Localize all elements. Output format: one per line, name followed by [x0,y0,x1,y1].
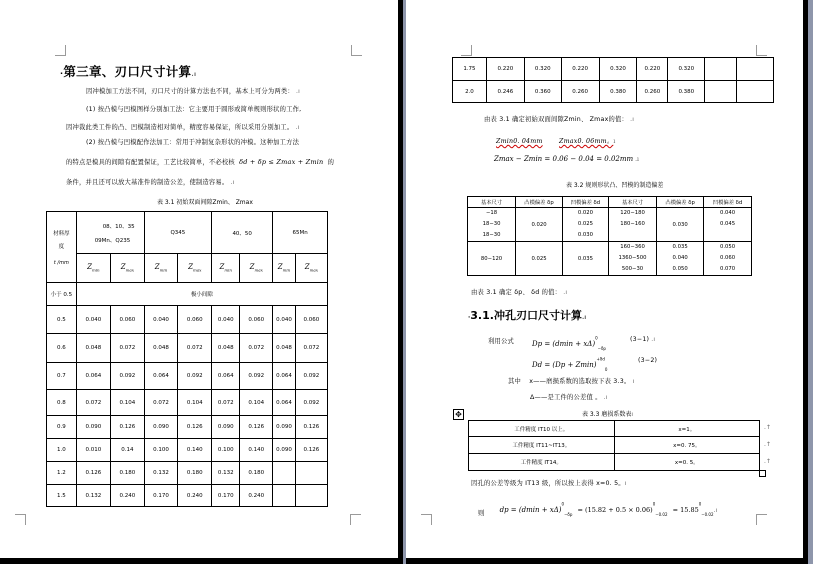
table2-cell: 120−180 180−160 [608,208,656,242]
inline-formula: δd + δp ≤ Zmax + Zmin [239,158,323,166]
table-row: 1.5 0.132 0.240 0.170 0.240 0.170 0.240 [47,485,328,507]
formula-3-1-number: (3−1) .ı [630,336,655,343]
table1-cell: 0.8 [47,390,77,416]
table1-cell: 0.090 [273,416,296,439]
table2-cell: 0.020 [516,208,563,242]
table1-cell: 0.072 [76,390,110,416]
page-shadow [0,558,403,564]
table2-caption: 表 3.2 规则形状凸、凹模的制造偏差 [566,180,663,189]
text-hole-tolerance[interactable]: 因孔的公差等级为 IT13 级，所以按上表得 x=0. 5。ı [471,478,627,487]
table1-cell: 0.220 [561,58,599,81]
table1-subheader: Zmin [144,254,178,283]
table1-cell: 0.320 [599,58,637,81]
table1-cell: 0.180 [240,462,273,485]
formula-3-1[interactable]: Dp = (dmin + xΔ)0−δp [532,331,606,351]
table1-cell: 0.260 [637,81,668,103]
table1-cell: 0.240 [111,485,145,507]
row-end-mark: .↑ [764,441,771,448]
text-determine-deviation[interactable]: 由表 3.1 确定 δp、 δd 的值： .ı [471,287,567,296]
table1-cell: 0.010 [76,439,110,462]
table1-cell: 0.170 [212,485,240,507]
table1-cell: 1.2 [47,462,77,485]
table1-cell: 0.092 [111,363,145,390]
table1-cell: 小于 0.5 [47,283,77,306]
table1-subheader: Zmax [295,254,327,283]
zmin-value: Zmin0. 04mm [496,138,543,145]
table1-cell: 0.064 [273,390,296,416]
table1-cell: 0.072 [144,390,178,416]
table1-cell: 0.040 [212,306,240,334]
table1-cell: 0.092 [295,390,327,416]
table1-cell: 0.126 [111,416,145,439]
table1-cell: 0.104 [178,390,212,416]
table1-cell: 0.060 [111,306,145,334]
table1-cell: 0.132 [212,462,240,485]
table2-header: 凹模偏差 δd [704,197,752,208]
table3-caption: 表 3.3 磨损系数表ı [582,409,633,418]
table1-cell: 0.180 [111,462,145,485]
table3-wear-coefficient: 工件精度 IT10 以上。 x=1。 工件精度 IT11~IT13。 x=0. … [468,420,760,471]
formula-label: 利用公式 [488,336,514,345]
where-delta-line[interactable]: Δ——是工件的公差值 。 .ı [530,392,608,401]
table-row: 工件精度 IT10 以上。 x=1。 [469,421,760,437]
table1-cell: 0.14 [111,439,145,462]
clearance-values[interactable]: Zmin0. 04mm Zmax0. 06mm。ı [496,136,615,145]
table1-subheader: Zmax [111,254,145,283]
table1-cell: 0.6 [47,334,77,363]
section-title[interactable]: ·3.1.冲孔刃口尺寸计算.ı [468,307,586,323]
table1-cell: 0.072 [212,390,240,416]
table1-cell: 0.104 [240,390,273,416]
document-page-right: 1.75 0.220 0.320 0.220 0.320 0.220 0.320… [406,0,803,558]
table1-continued: 1.75 0.220 0.320 0.220 0.320 0.220 0.320… [452,57,774,103]
table1-cell [273,485,296,507]
table2-cell: 0.020 0.025 0.030 [562,208,608,242]
table-row: 0.8 0.072 0.104 0.072 0.104 0.072 0.104 … [47,390,328,416]
table1-cell: 0.360 [524,81,561,103]
crop-mark-top-left [461,45,472,56]
table1-cell: 0.170 [144,485,178,507]
row-end-mark: .↑ [764,424,771,431]
formula-3-2[interactable]: Dd = (Dp + Zmin)+δd0 [532,352,607,372]
clearance-difference-formula[interactable]: Zmax − Zmin = 0.06 − 0.04 = 0.02mm .ı [494,155,639,163]
table1-cell: 0.104 [111,390,145,416]
table-row: 1.0 0.010 0.14 0.100 0.140 0.100 0.140 0… [47,439,328,462]
table1-cell: 0.072 [240,334,273,363]
table1-cell [705,81,737,103]
table-row: 0.9 0.090 0.126 0.090 0.126 0.090 0.126 … [47,416,328,439]
table2-cell: 0.035 0.040 0.050 [657,242,704,276]
table1-cell: 0.380 [599,81,637,103]
table1-cell: 0.092 [178,363,212,390]
table1-cell: 0.048 [76,334,110,363]
table1-cell: 0.072 [178,334,212,363]
table1-cell: 0.240 [240,485,273,507]
crop-mark-bottom-right [756,514,767,525]
table3-cell: x=1。 [614,421,759,437]
table-move-handle-icon[interactable]: ✥ [453,409,464,420]
table1-group-header: Q345 [144,212,212,254]
table-row: 2.0 0.246 0.360 0.260 0.380 0.260 0.380 [453,81,774,103]
table1-header-thickness: 材料厚 度 t /mm [47,212,77,283]
table1-cell: 0.092 [240,363,273,390]
table-row: −18 18−30 18−30 0.020 0.020 0.025 0.030 … [468,208,752,242]
crop-mark-top-right [756,45,767,56]
table2-cell: 0.030 [657,208,704,242]
table1-cell: 0.5 [47,306,77,334]
table1-cell: 0.260 [561,81,599,103]
table-row: 工件精度 IT11~IT13。 x=0. 75。 [469,437,760,454]
table1-cell: 0.380 [668,81,705,103]
table1-cell: 0.9 [47,416,77,439]
table-row: 1.2 0.126 0.180 0.132 0.180 0.132 0.180 [47,462,328,485]
table1-subheader: Zmin [212,254,240,283]
table1-cell: 0.132 [144,462,178,485]
table3-cell: x=0. 75。 [614,437,759,454]
zmax-value: Zmax0. 06mm。 [559,138,613,145]
table1-cell: 0.246 [486,81,524,103]
table1-clearance: 材料厚 度 t /mm 08、10、35 09Mn、Q235 Q345 40、5… [46,211,328,507]
table1-caption: 表 3.1 初始双面间隙Zmin、 Zmax [157,197,253,206]
table1-cell: 0.126 [295,439,327,462]
table1-cell: 0.064 [76,363,110,390]
where-x-line[interactable]: 其中 x——磨损系数的选取按下表 3.3。 ı [508,376,634,385]
crop-mark-top-left [55,45,66,56]
table2-cell: 160−360 1360−500 500−30 [608,242,656,276]
table2-header: 凸模偏差 δp [516,197,563,208]
table1-cell: 0.060 [295,306,327,334]
table-row: 0.5 0.040 0.060 0.040 0.060 0.040 0.060 … [47,306,328,334]
table1-cell: 0.7 [47,363,77,390]
table-row: 0.7 0.064 0.092 0.064 0.092 0.064 0.092 … [47,363,328,390]
table1-cell [737,81,774,103]
table2-cell: 0.035 [562,242,608,276]
table1-cell: 1.0 [47,439,77,462]
table2-tolerance: 基本尺寸 凸模偏差 δp 凹模偏差 δd 基本尺寸 凸模偏差 δp 凹模偏差 δ… [467,196,752,276]
table1-cell: 0.064 [144,363,178,390]
table3-cell: 工件精度 IT14。 [469,454,615,471]
table1-group-header: 40、50 [212,212,273,254]
table1-subheader: Zmin [273,254,296,283]
table-resize-handle[interactable] [759,470,766,477]
document-page-left: ·第三章、刃口尺寸计算.ı 因冲模加工方法不同，刃口尺寸的计算方法也不同，基本上… [0,0,398,558]
table1-cell: 0.040 [76,306,110,334]
row-end-mark: .↑ [764,458,771,465]
table2-header: 凹模偏差 δd [562,197,608,208]
paragraph-method1[interactable]: (1) 按凸模与凹模图样分别加工法：它主要用于圆形或简单规则形状的工作, [86,104,301,113]
table1-cell: 2.0 [453,81,487,103]
table1-group-header: 65Mn [273,212,328,254]
table1-cell: 0.180 [178,462,212,485]
table1-cell: 0.064 [212,363,240,390]
table-row: 1.75 0.220 0.320 0.220 0.320 0.220 0.320 [453,58,774,81]
table3-cell: 工件精度 IT11~IT13。 [469,437,615,454]
table1-cell: 0.060 [240,306,273,334]
table2-cell: 0.040 0.045 [704,208,752,242]
crop-mark-bottom-left [421,514,432,525]
table1-cell: 0.090 [144,416,178,439]
table1-subheader: Zmax [240,254,273,283]
table1-cell: 0.126 [76,462,110,485]
table1-cell: 0.132 [76,485,110,507]
table1-cell: 0.140 [178,439,212,462]
table1-cell [273,462,296,485]
paragraph-method2-end[interactable]: 条件，并且还可以放大基准件的制造公差，使制造容易。 .ı [66,177,235,186]
table1-cell: 0.048 [212,334,240,363]
table1-cell: 0.048 [273,334,296,363]
crop-mark-bottom-left [15,514,26,525]
table2-header: 凸模偏差 δp [657,197,704,208]
table1-cell: 0.060 [178,306,212,334]
table3-cell: x=0. 5。 [614,454,759,471]
table1-subheader: Zmax [178,254,212,283]
table1-cell: 0.126 [295,416,327,439]
table1-cell: 1.75 [453,58,487,81]
crop-mark-bottom-right [350,514,361,525]
table1-cell: 0.072 [295,334,327,363]
table1-cell: 0.140 [240,439,273,462]
table1-cell: 0.040 [273,306,296,334]
table1-cell: 0.320 [668,58,705,81]
table2-cell: 80−120 [468,242,516,276]
table1-cell [295,462,327,485]
table-row: 80−120 0.025 0.035 160−360 1360−500 500−… [468,242,752,276]
table1-cell: 0.126 [240,416,273,439]
paragraph-method2-cont[interactable]: 的特点是模具的间隙有配置保证，工艺比较简单，不必校核 δd + δp ≤ Zma… [66,157,334,166]
table2-header: 基本尺寸 [608,197,656,208]
text-determine-clearance[interactable]: 由表 3.1 确定初始双面间隙Zmin、 Zmax的值： .ı [484,114,634,123]
table1-cell: 0.048 [144,334,178,363]
table1-cell: 0.126 [178,416,212,439]
page-shadow [803,0,808,564]
table1-cell: 0.220 [486,58,524,81]
table-row: 工件精度 IT14。 x=0. 5。 [469,454,760,471]
table2-cell: 0.050 0.060 0.070 [704,242,752,276]
formula-3-2-number: (3−2) [638,357,657,364]
table1-cell: 0.092 [295,363,327,390]
table2-cell: −18 18−30 18−30 [468,208,516,242]
table1-subheader: Zmin [76,254,110,283]
paragraph-intro[interactable]: 因冲模加工方法不同，刃口尺寸的计算方法也不同，基本上可分为两类： .ı [86,86,300,95]
table1-cell: 0.090 [212,416,240,439]
table1-cell: 0.240 [178,485,212,507]
chapter-title[interactable]: ·第三章、刃口尺寸计算.ı [60,62,196,80]
paragraph-method2[interactable]: (2) 按凸模与凹模配作法加工：常用于冲制复杂形状的冲模。这种加工方法 [86,137,299,146]
result-formula-line[interactable]: 则 dp = (dmin + xΔ)0−δp = (15.82 + 0.5 × … [478,497,717,517]
table1-cell: 0.100 [144,439,178,462]
table1-cell: 0.090 [273,439,296,462]
table2-cell: 0.025 [516,242,563,276]
table1-cell: 0.090 [76,416,110,439]
table-row: 0.6 0.048 0.072 0.048 0.072 0.048 0.072 … [47,334,328,363]
table1-note-cell: 极小间隙 [76,283,327,306]
page-shadow [406,558,808,564]
table1-cell [705,58,737,81]
table1-group-header: 08、10、35 09Mn、Q235 [76,212,144,254]
paragraph-method1-cont[interactable]: 因冲裁此类工件的凸、凹模制造相对简单，精度容易保证，所以采用分别加工。 .ı [66,122,299,131]
table1-cell: 0.072 [111,334,145,363]
table1-cell [295,485,327,507]
table1-cell: 1.5 [47,485,77,507]
table1-cell: 0.040 [144,306,178,334]
table2-header: 基本尺寸 [468,197,516,208]
table1-cell: 0.100 [212,439,240,462]
table1-cell: 0.064 [273,363,296,390]
table3-cell: 工件精度 IT10 以上。 [469,421,615,437]
table1-cell [737,58,774,81]
crop-mark-top-right [351,45,362,56]
table1-cell: 0.220 [637,58,668,81]
table1-cell: 0.320 [524,58,561,81]
